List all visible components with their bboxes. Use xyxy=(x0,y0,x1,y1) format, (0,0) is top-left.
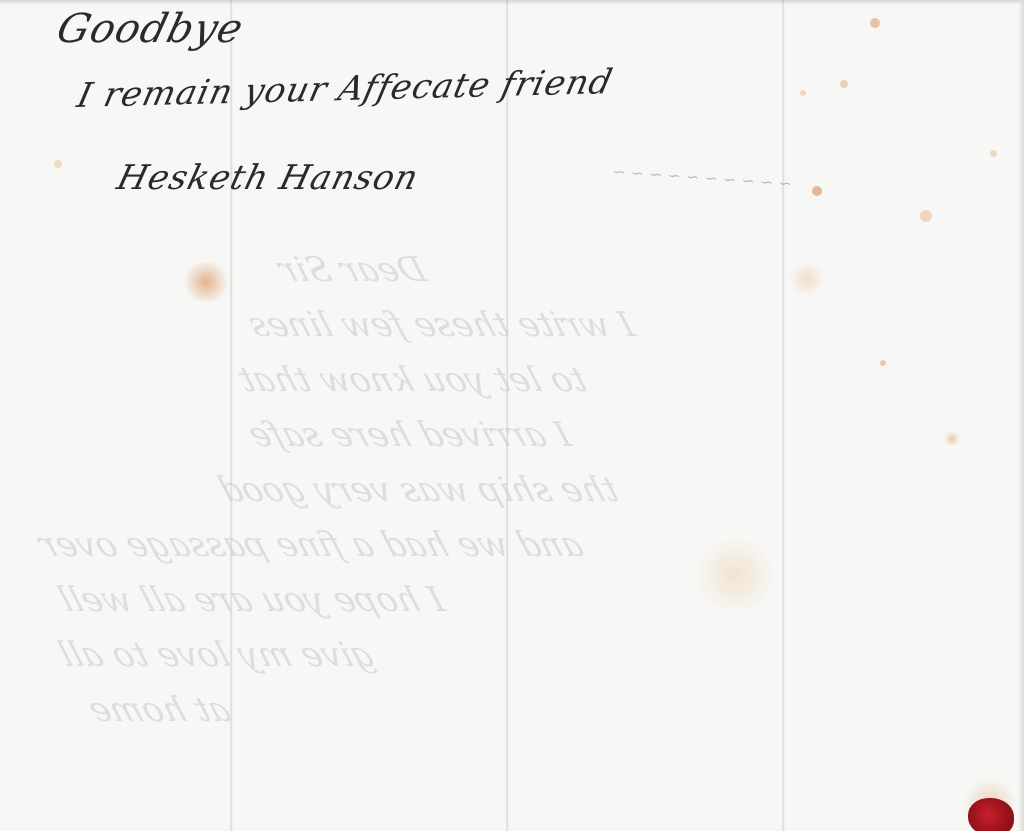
stain xyxy=(840,80,848,88)
stain xyxy=(54,160,62,168)
paper-right-edge xyxy=(1018,0,1024,831)
bleed-through-line: the ship was very good xyxy=(214,470,624,510)
letter-sheet: Dear Sir I write these few lines to let … xyxy=(0,0,1024,831)
closing-line-remain: I remain your Affecate friend xyxy=(74,62,617,116)
fold-crease xyxy=(230,0,233,831)
stain xyxy=(944,432,960,446)
bleed-through-line: I write these few lines xyxy=(244,305,640,345)
stain xyxy=(182,262,230,302)
stain xyxy=(920,210,932,222)
signature: Hesketh Hanson xyxy=(113,158,423,198)
fold-crease xyxy=(782,0,785,831)
stain xyxy=(870,18,880,28)
stain xyxy=(690,540,780,610)
faint-address-writing: ~ ~ ~ ~ ~ ~ ~ ~ ~ ~ xyxy=(612,162,793,193)
stain xyxy=(812,186,822,196)
bleed-through-line: I hope you are all well xyxy=(54,580,450,620)
closing-line-goodbye: Goodbye xyxy=(52,6,248,52)
bleed-through-line: at home xyxy=(84,690,236,730)
wax-seal-remnant xyxy=(968,798,1014,831)
bleed-through-line: to let you know that xyxy=(234,360,592,400)
stain xyxy=(790,262,824,296)
stain xyxy=(990,150,997,157)
stain xyxy=(800,90,806,96)
bleed-through-line: I arrived here safe xyxy=(244,415,576,455)
stain xyxy=(880,360,886,366)
bleed-through-line: Dear Sir xyxy=(274,250,432,290)
bleed-through-line: give my love to all xyxy=(54,635,380,675)
bleed-through-line: and we had a fine passage over xyxy=(34,525,589,565)
paper-top-edge xyxy=(0,0,1024,5)
